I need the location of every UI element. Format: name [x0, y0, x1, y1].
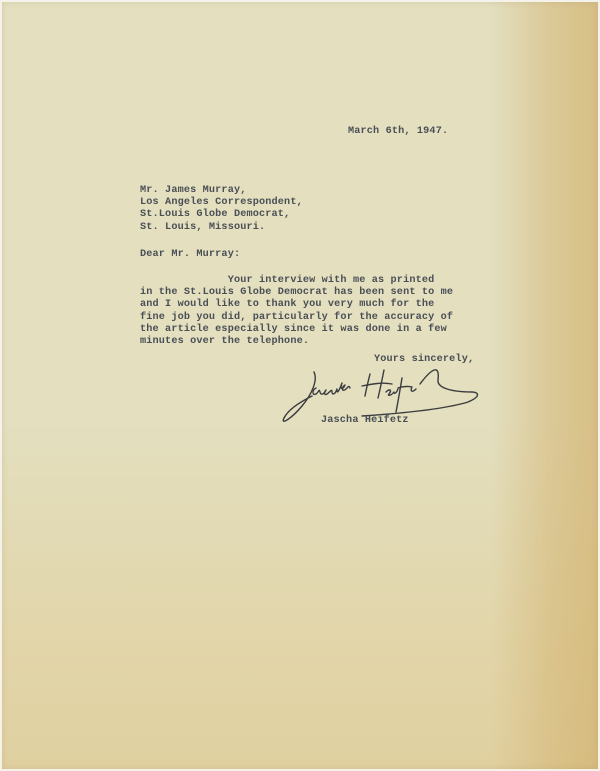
typed-signatory-name: Jascha Heifetz: [321, 415, 409, 427]
body-line: and I would like to thank you very much …: [140, 299, 453, 311]
body-line: the article especially since it was done…: [140, 324, 453, 336]
body-line: fine job you did, particularly for the a…: [140, 312, 453, 324]
letter-date: March 6th, 1947.: [348, 126, 448, 138]
address-line: St. Louis, Missouri.: [140, 222, 303, 234]
letter-body: Your interview with me as printedin the …: [140, 275, 453, 348]
letter-sheet: March 6th, 1947. Mr. James Murray,Los An…: [2, 2, 598, 769]
address-line: Los Angeles Correspondent,: [140, 197, 303, 209]
body-line: Your interview with me as printed: [140, 275, 453, 287]
body-line: minutes over the telephone.: [140, 336, 453, 348]
recipient-address: Mr. James Murray,Los Angeles Corresponde…: [140, 185, 303, 234]
body-line: in the St.Louis Globe Democrat has been …: [140, 287, 453, 299]
address-line: Mr. James Murray,: [140, 185, 303, 197]
address-line: St.Louis Globe Democrat,: [140, 209, 303, 221]
salutation: Dear Mr. Murray:: [140, 249, 240, 261]
